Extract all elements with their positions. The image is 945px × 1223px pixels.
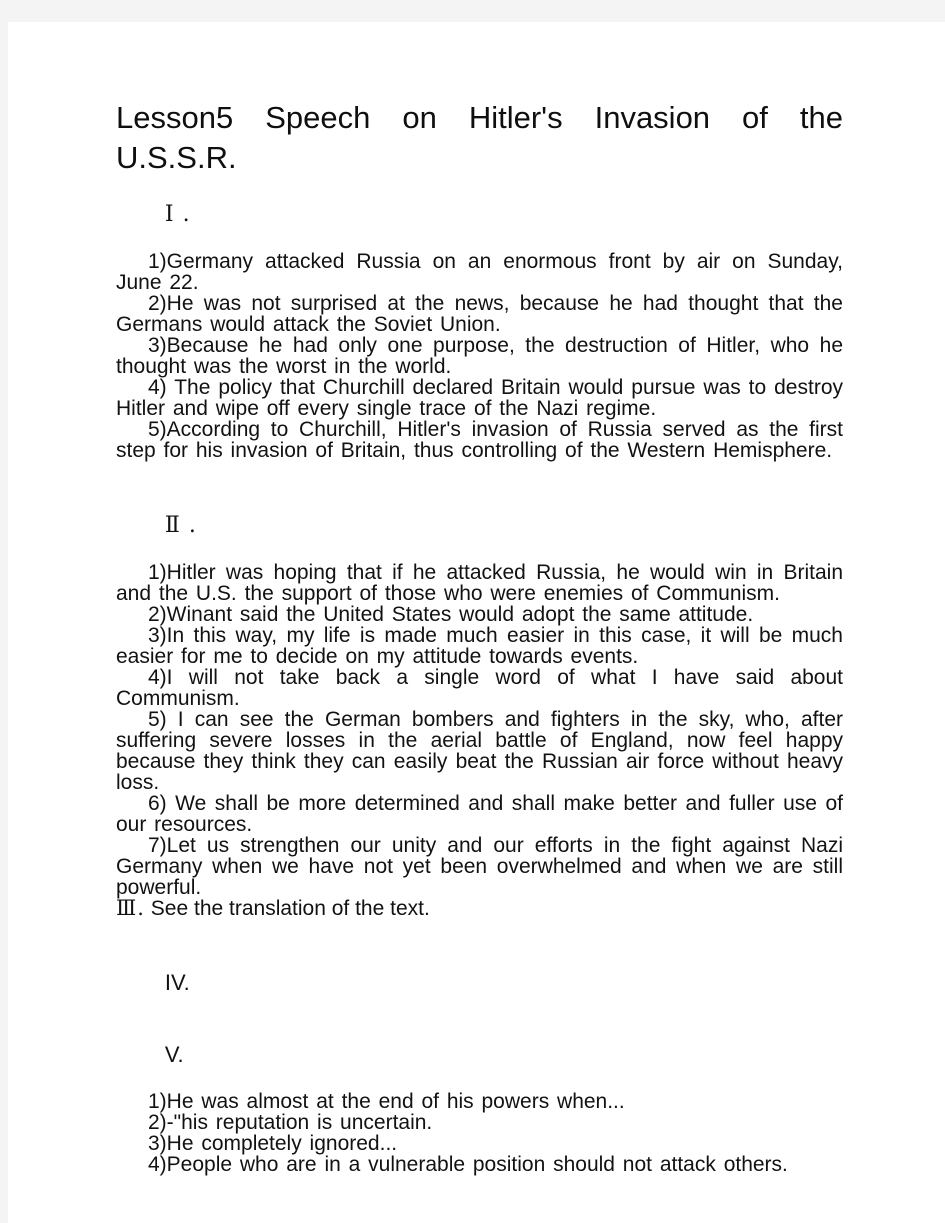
section-2-item: 3)In this way, my life is made much easi… bbox=[116, 625, 843, 667]
section-2-item: 1)Hitler was hoping that if he attacked … bbox=[116, 562, 843, 604]
page-content: Lesson5 Speech on Hitler's Invasion of t… bbox=[116, 22, 843, 1175]
section-5-item: 2)-"his reputation is uncertain. bbox=[116, 1112, 843, 1133]
section-5-item: 4)People who are in a vulnerable positio… bbox=[116, 1154, 843, 1175]
page-title: Lesson5 Speech on Hitler's Invasion of t… bbox=[116, 22, 843, 178]
section-3-label: Ⅲ. bbox=[116, 896, 145, 920]
section-5-item: 3)He completely ignored... bbox=[116, 1133, 843, 1154]
section-2-item: 4)I will not take back a single word of … bbox=[116, 667, 843, 709]
document-viewport: Lesson5 Speech on Hitler's Invasion of t… bbox=[0, 0, 945, 1223]
section-1-item: 4) The policy that Churchill declared Br… bbox=[116, 377, 843, 419]
document-page: Lesson5 Speech on Hitler's Invasion of t… bbox=[8, 22, 945, 1223]
section-2-label: Ⅱ . bbox=[165, 513, 197, 538]
section-4-label: IV. bbox=[165, 970, 190, 995]
section-3-text: See the translation of the text. bbox=[151, 897, 430, 920]
section-1-item: 3)Because he had only one purpose, the d… bbox=[116, 335, 843, 377]
section-1-header: Ⅰ . bbox=[116, 178, 843, 251]
section-5-item: 1)He was almost at the end of his powers… bbox=[116, 1091, 843, 1112]
section-1-item: 5)According to Churchill, Hitler's invas… bbox=[116, 419, 843, 461]
section-1-item: 1)Germany attacked Russia on an enormous… bbox=[116, 251, 843, 293]
section-2-item: 2)Winant said the United States would ad… bbox=[116, 604, 843, 625]
section-1-label: Ⅰ . bbox=[165, 202, 191, 227]
section-5-label: V. bbox=[165, 1042, 184, 1067]
section-2-item: 5) I can see the German bombers and figh… bbox=[116, 709, 843, 793]
section-5-header: V. bbox=[116, 1019, 843, 1091]
section-4-header: IV. bbox=[116, 947, 843, 1019]
section-2-header: Ⅱ . bbox=[116, 489, 843, 562]
section-3-header: Ⅲ. See the translation of the text. bbox=[116, 898, 843, 919]
section-1-item: 2)He was not surprised at the news, beca… bbox=[116, 293, 843, 335]
section-2-item: 6) We shall be more determined and shall… bbox=[116, 793, 843, 835]
section-2-item: 7)Let us strengthen our unity and our ef… bbox=[116, 835, 843, 898]
